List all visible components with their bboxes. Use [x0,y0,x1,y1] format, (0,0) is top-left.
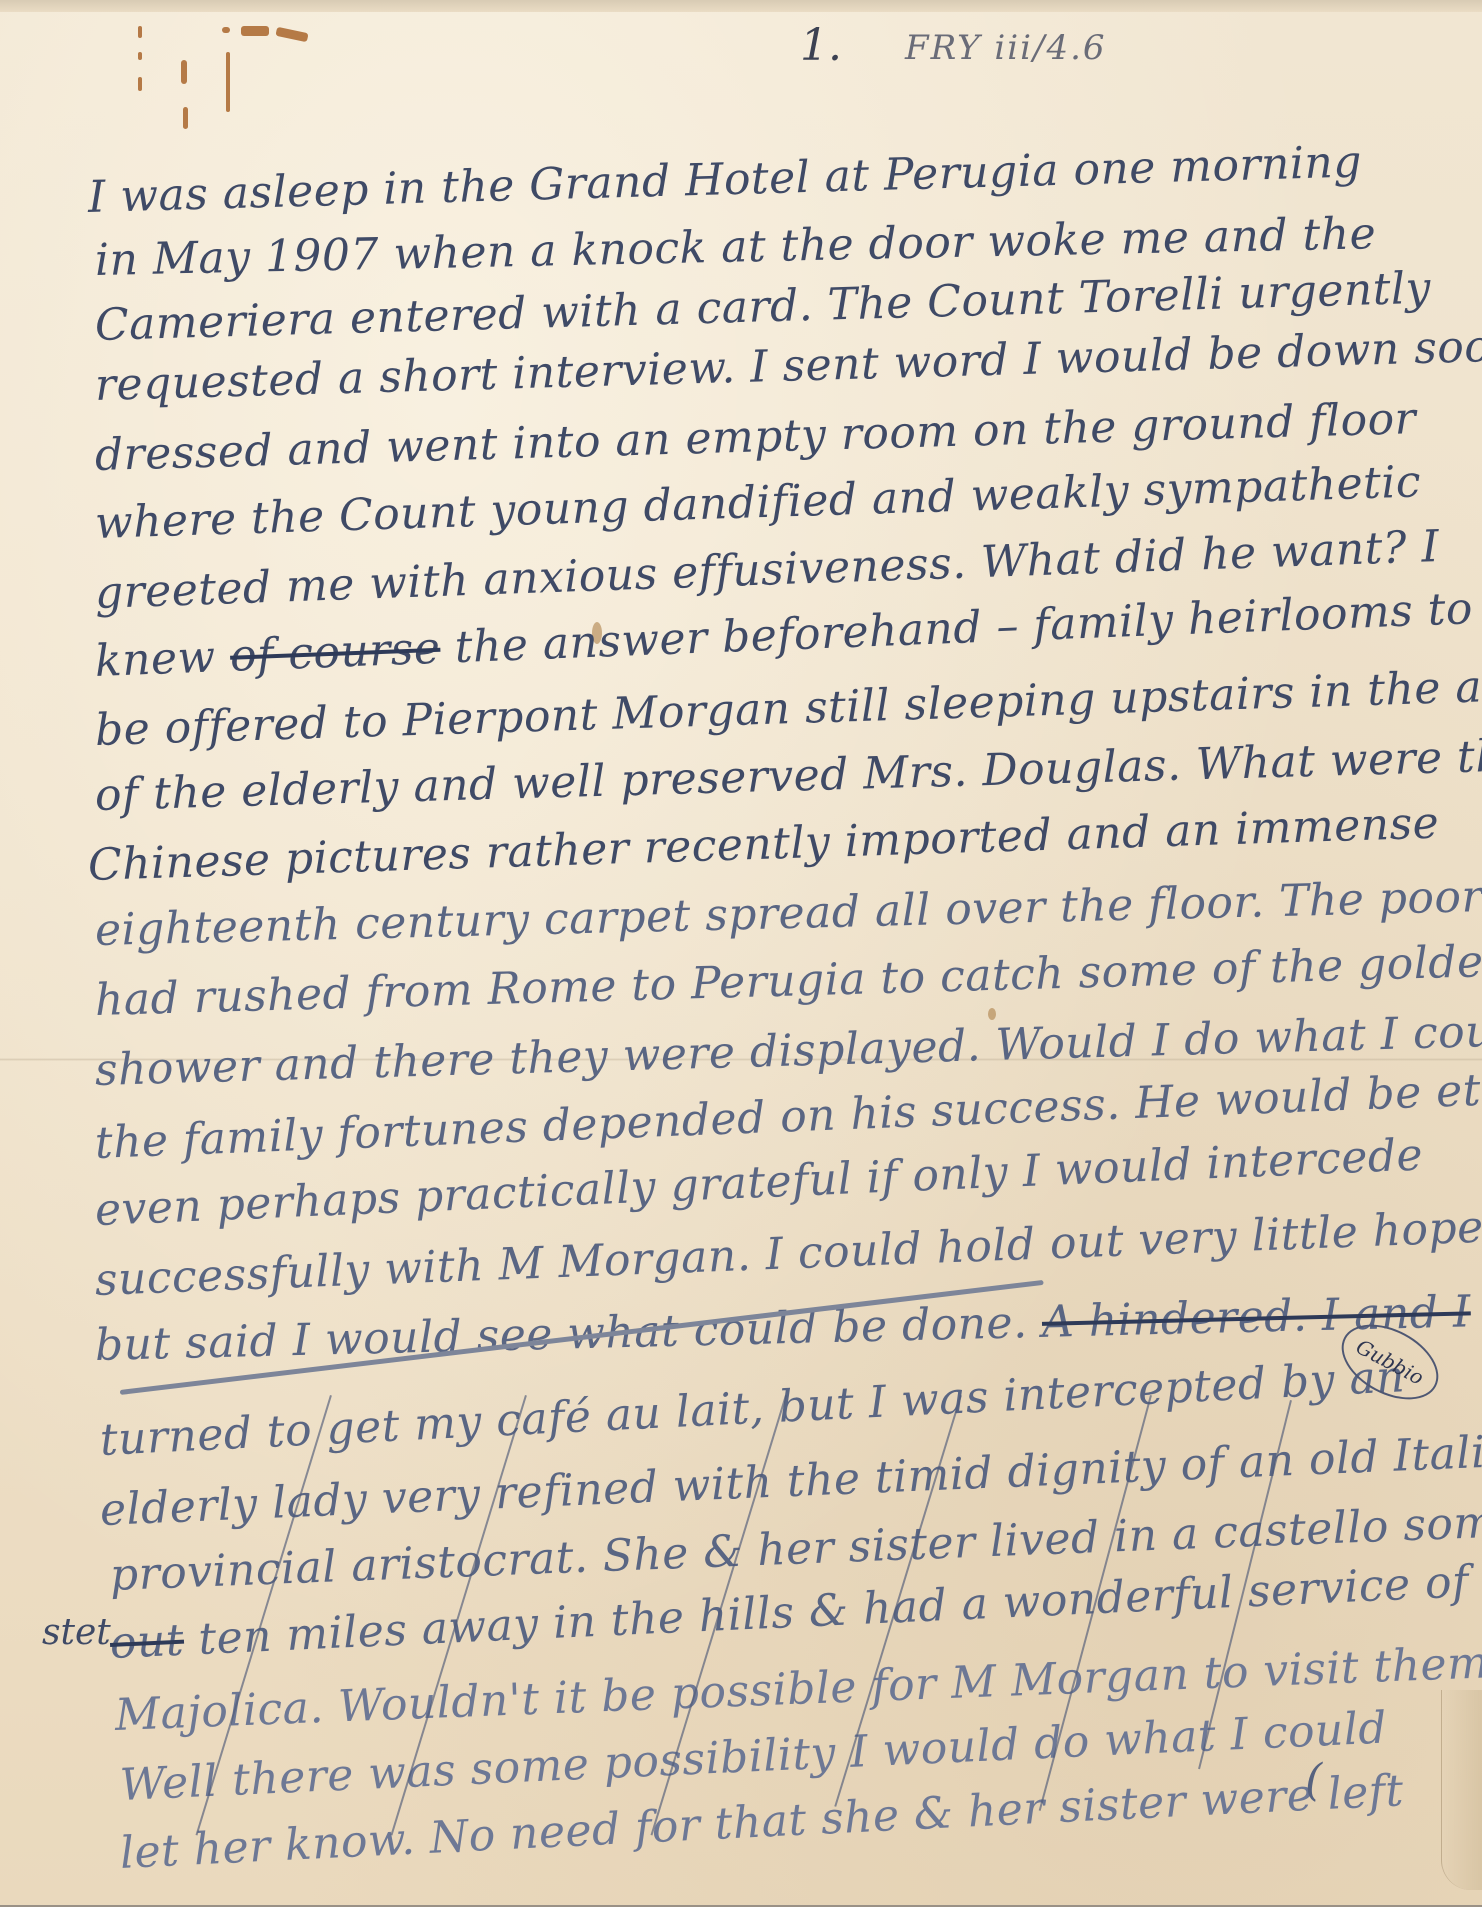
rust-mark [275,27,308,42]
rust-mark [138,77,142,91]
rust-mark [226,52,230,112]
paper-top-edge [0,0,1482,12]
page-number: 1. [800,20,842,71]
archive-reference: FRY iii/4.6 [905,28,1107,68]
rust-mark [138,52,142,60]
rust-mark [183,107,188,129]
line-text: knew [94,631,231,687]
rust-mark [138,26,142,38]
circled-note-text: Gubbio [1352,1334,1428,1389]
manuscript-line: I was asleep in the Grand Hotel at Perug… [87,136,1362,223]
struck-text: of course [229,623,441,682]
rust-mark [181,60,187,84]
margin-bracket-mark: ( [1305,1755,1322,1806]
paper-corner-curl [1441,1690,1482,1890]
rust-mark [241,26,269,36]
line-text: but said I would see what could be done. [94,1297,1028,1371]
manuscript-page: 1. FRY iii/4.6 I was asleep in the Grand… [0,0,1482,1907]
margin-note-stet: stet [42,1612,111,1653]
struck-text: out [109,1615,185,1669]
rust-mark [222,27,230,33]
ink-stain [988,1008,996,1020]
